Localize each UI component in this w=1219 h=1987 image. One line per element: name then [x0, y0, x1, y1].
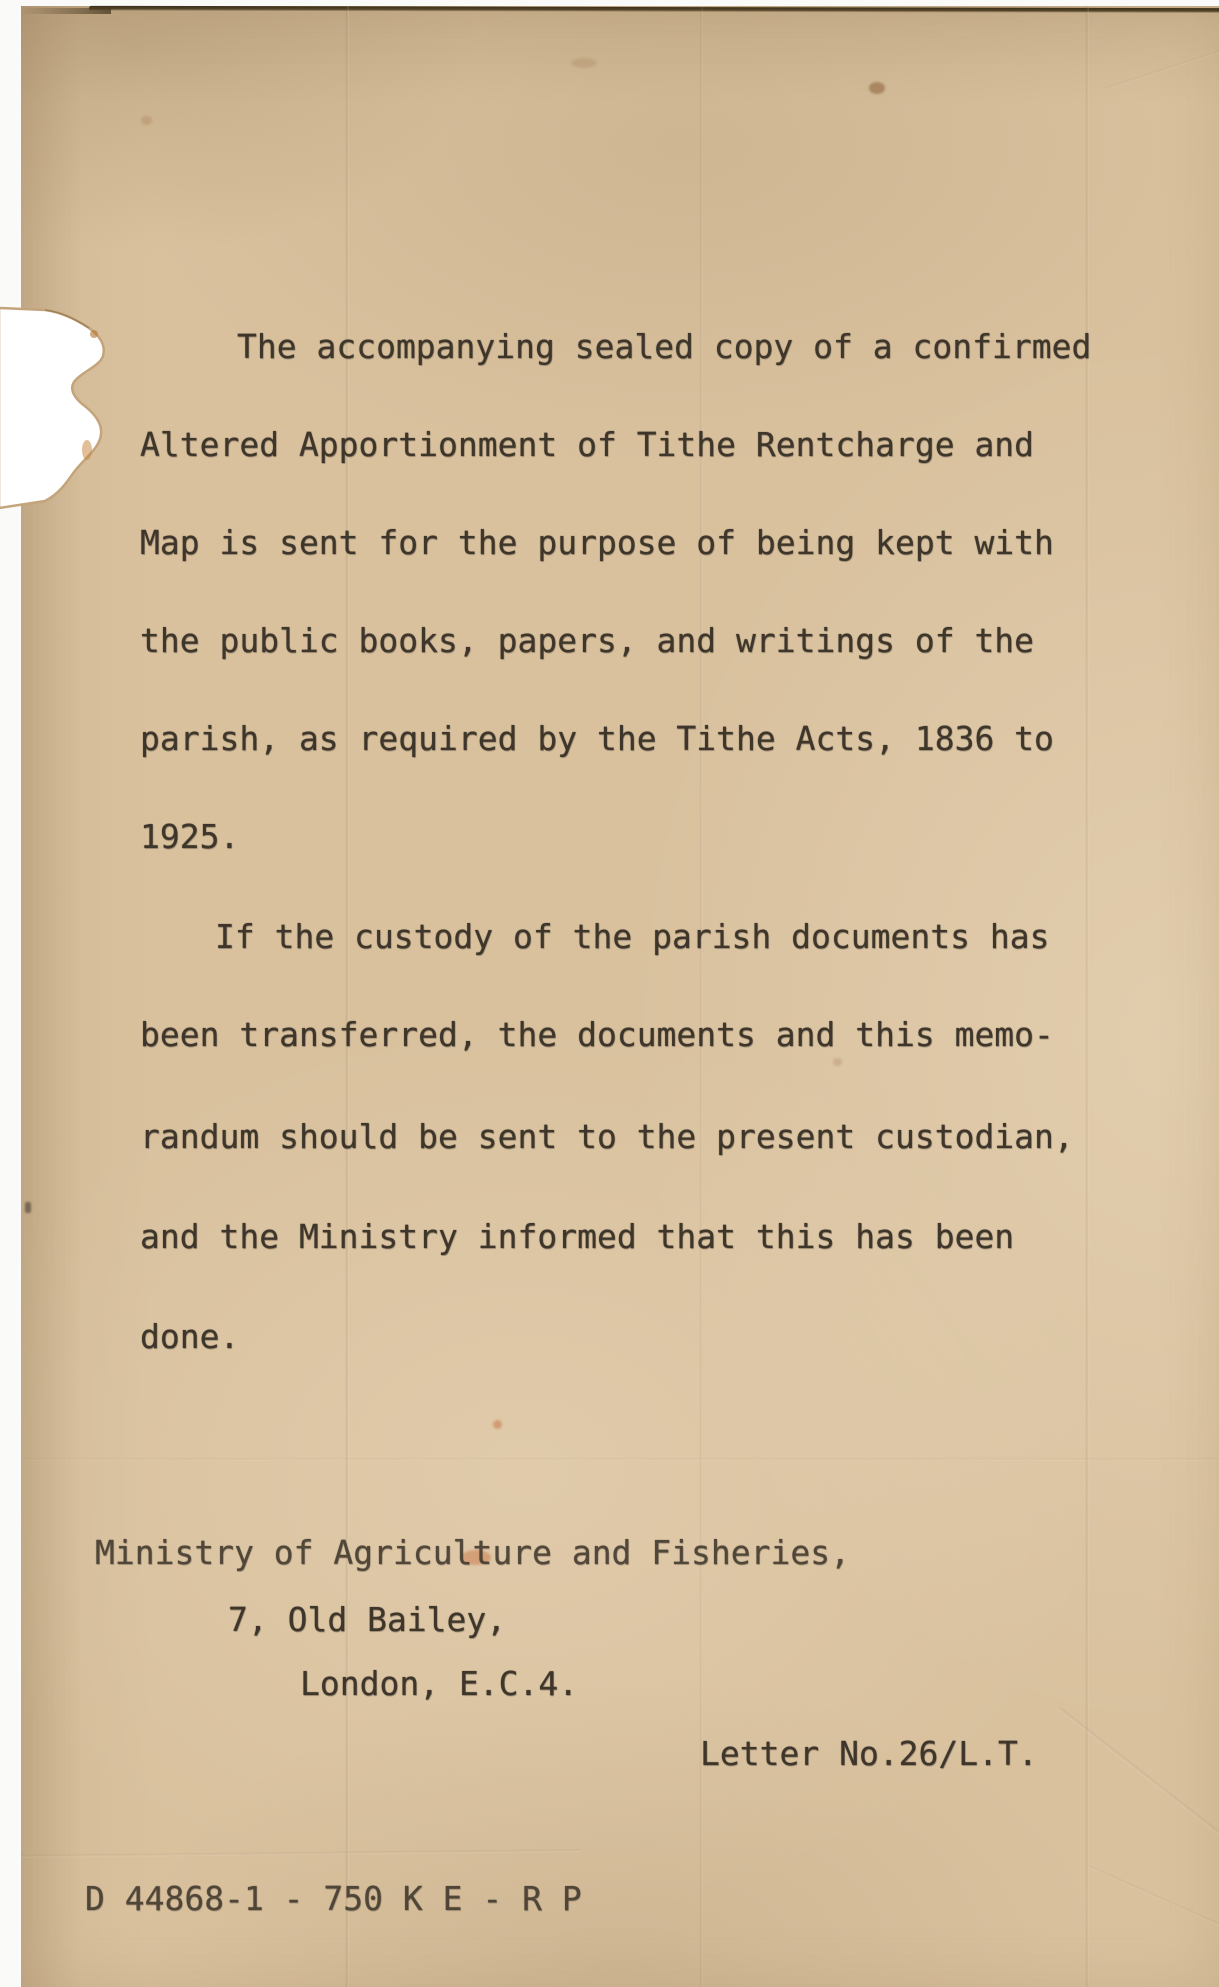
memo-body-line: been transferred, the documents and this…: [140, 1018, 1054, 1051]
address-line: Ministry of Agriculture and Fisheries,: [95, 1536, 850, 1569]
memo-body-line: 1925.: [140, 820, 239, 853]
memo-body-line: The accompanying sealed copy of a confir…: [237, 330, 1091, 363]
memo-body-line: and the Ministry informed that this has …: [140, 1220, 1014, 1253]
letter-number: Letter No.26/L.T.: [700, 1737, 1038, 1770]
stain-spot: [141, 116, 152, 125]
memo-body-line: the public books, papers, and writings o…: [140, 624, 1034, 657]
paper-top-edge-fade: [21, 8, 111, 14]
stain-spot: [571, 58, 597, 68]
memo-body-line: If the custody of the parish documents h…: [215, 920, 1049, 953]
stain-spot: [493, 1420, 502, 1429]
fold-crease-vertical: [1085, 6, 1089, 1987]
fold-crease-horizontal: [21, 1849, 581, 1858]
memo-body-line: done.: [140, 1320, 239, 1353]
stain-spot: [833, 1058, 842, 1066]
scanned-document: The accompanying sealed copy of a confir…: [0, 0, 1219, 1987]
corner-wrinkle: [1057, 1706, 1219, 1869]
memo-body-line: parish, as required by the Tithe Acts, 1…: [140, 722, 1054, 755]
corner-wrinkle: [1105, 35, 1219, 90]
memo-body-line: Altered Apportionment of Tithe Rentcharg…: [140, 428, 1034, 461]
stain-spot: [869, 82, 885, 94]
paper-page: The accompanying sealed copy of a confir…: [21, 6, 1219, 1987]
corner-wrinkle: [1089, 1865, 1219, 1949]
ink-speck: [25, 1202, 31, 1213]
address-line: London, E.C.4.: [300, 1667, 578, 1700]
fold-crease-vertical: [699, 6, 703, 1987]
torn-edge: [0, 300, 141, 540]
paper-top-edge: [89, 6, 1219, 13]
address-line: 7, Old Bailey,: [228, 1603, 506, 1636]
fold-crease-horizontal: [21, 1458, 1219, 1461]
reference-number: D 44868-1 - 750 K E - R P: [85, 1882, 582, 1915]
memo-body-line: randum should be sent to the present cus…: [140, 1120, 1074, 1153]
memo-body-line: Map is sent for the purpose of being kep…: [140, 526, 1054, 559]
